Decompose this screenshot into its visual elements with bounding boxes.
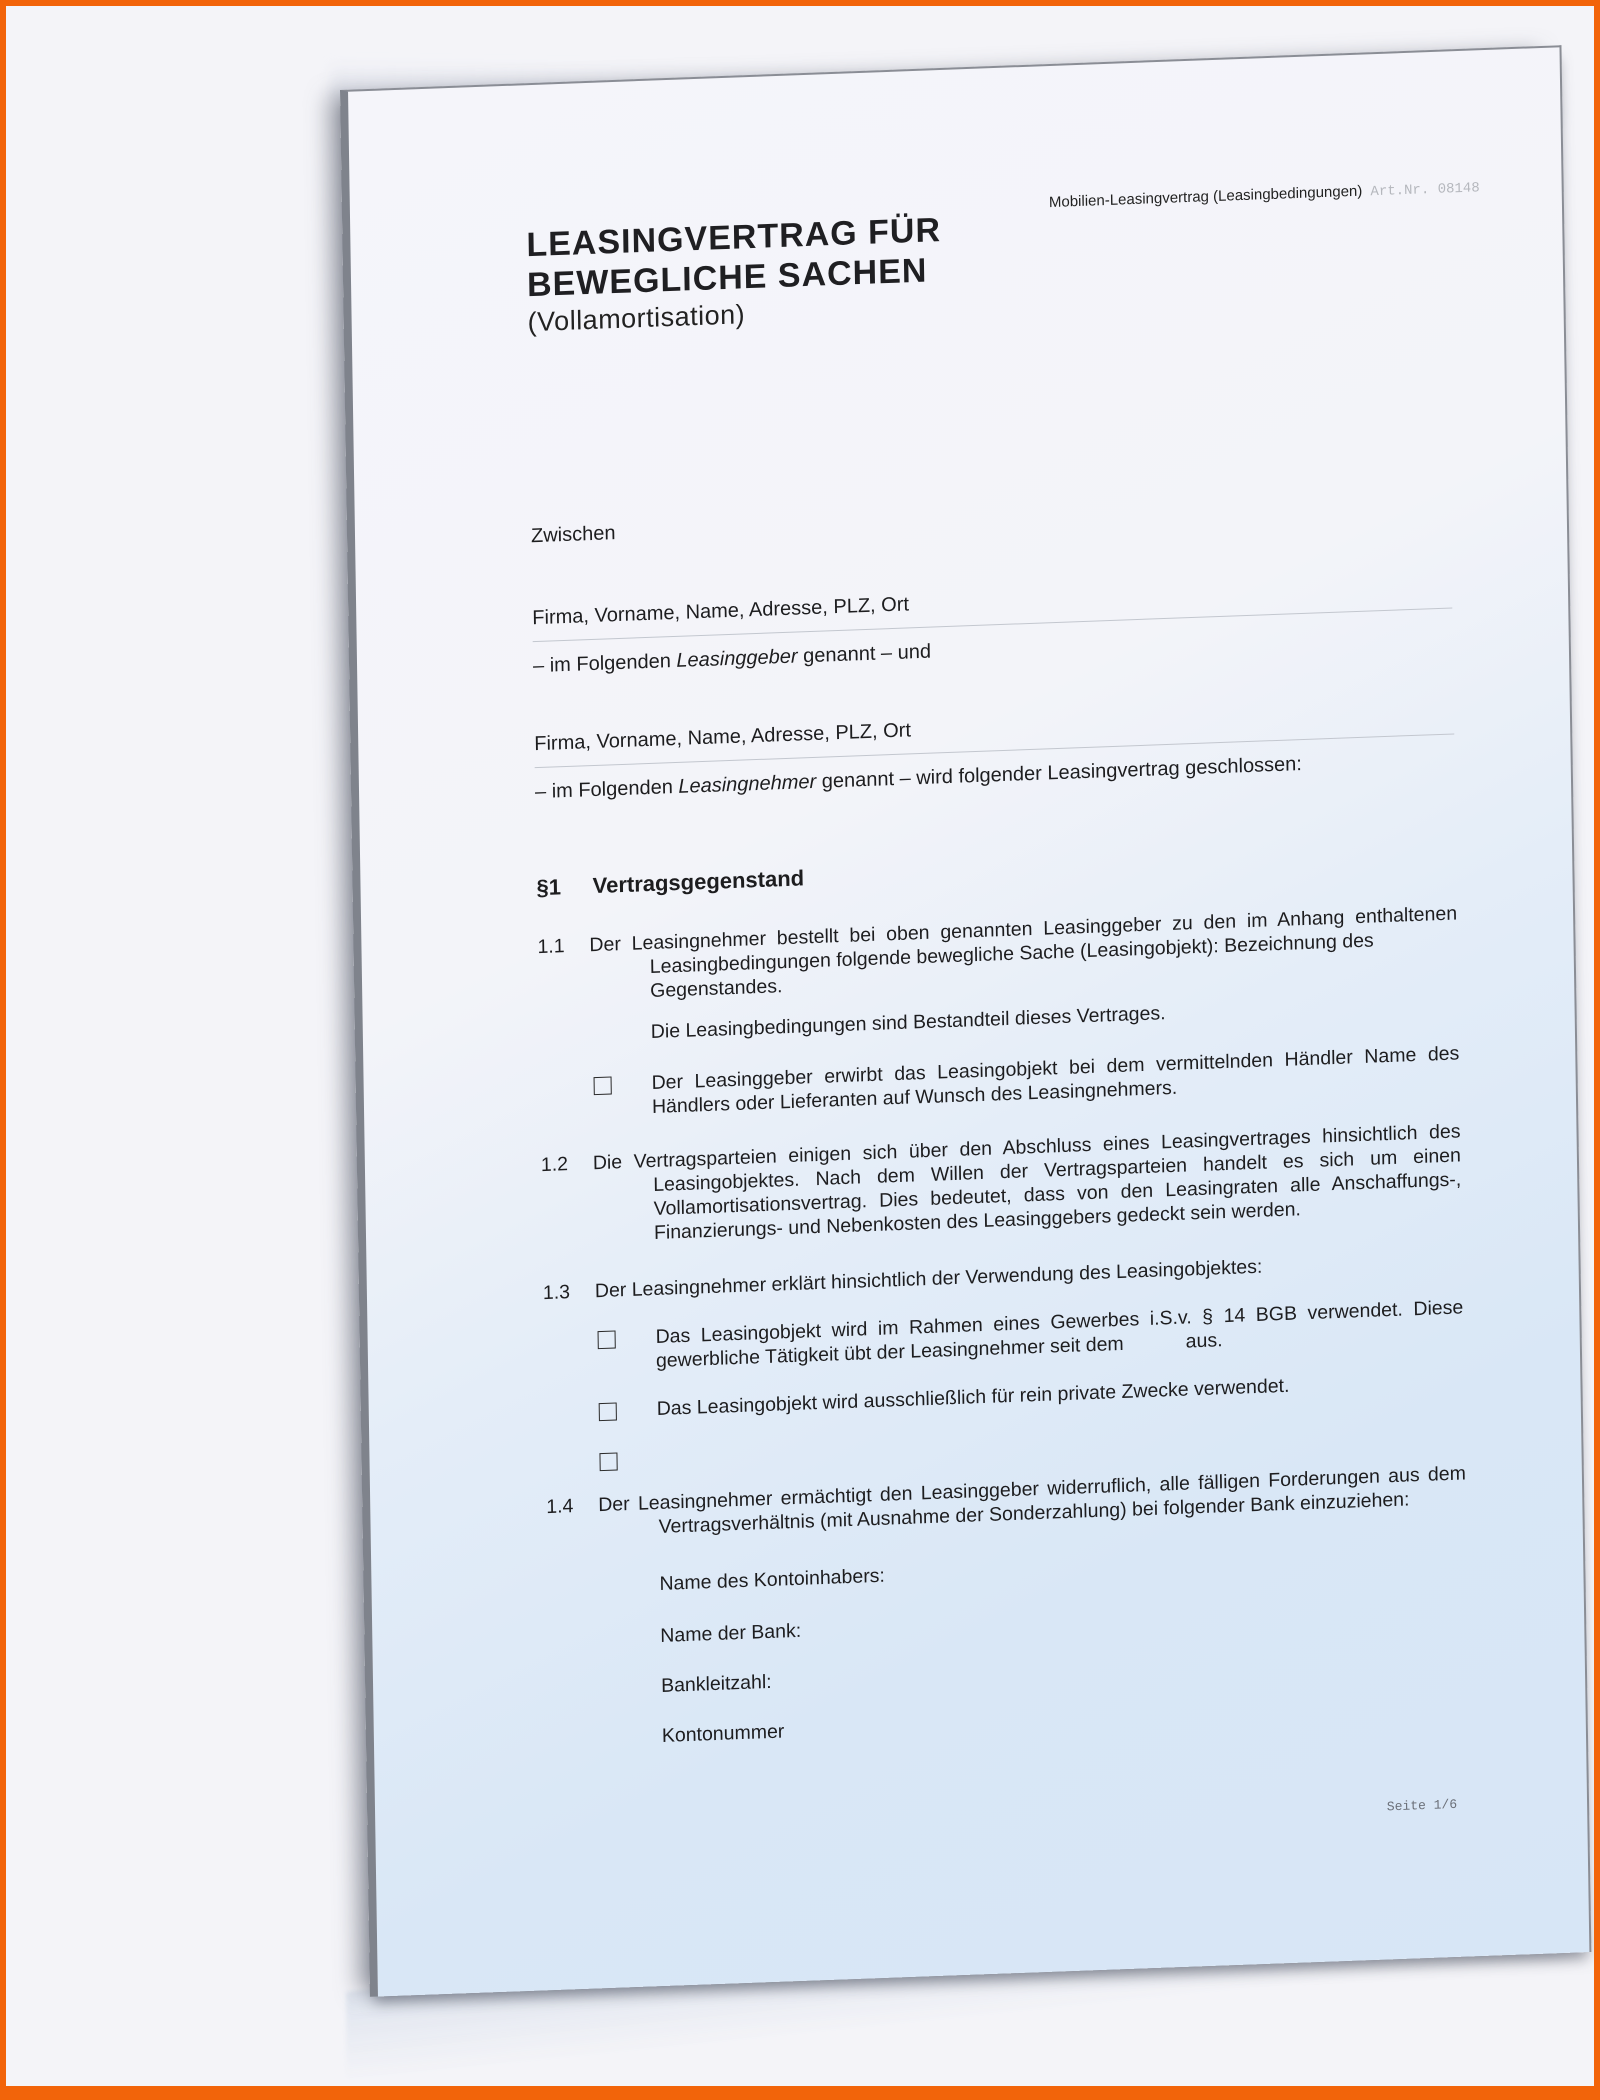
document-subtitle: (Vollamortisation) [527, 299, 745, 338]
bank-field-account-number: Kontonummer [662, 1720, 785, 1747]
clause-1-1: 1.1 Der Leasingnehmer bestellt bei oben … [537, 901, 1458, 1007]
since-date-blank[interactable] [1124, 1348, 1186, 1350]
party2-field-label: Firma, Vorname, Name, Adresse, PLZ, Ort [534, 719, 911, 756]
checkbox-option-other [599, 1417, 1465, 1449]
clause-1-1-note: Die Leasingbedingungen sind Bestandteil … [651, 1002, 1166, 1044]
clause-number: 1.2 [541, 1152, 568, 1177]
checkbox-option-dealer: Der Leasinggeber erwirbt das Leasingobje… [593, 1041, 1459, 1121]
checkbox-option-commercial: Das Leasingobjekt wird im Rahmen eines G… [597, 1295, 1463, 1375]
clause-1-4: 1.4 Der Leasingnehmer ermächtigt den Lea… [546, 1461, 1466, 1543]
clause-1-3: 1.3 Der Leasingnehmer erklärt hinsichtli… [543, 1247, 1463, 1305]
party2-role-name: Leasingnehmer [678, 771, 816, 798]
bank-field-bank-name: Name der Bank: [660, 1620, 801, 1648]
document-header: Mobilien-Leasingvertrag (Leasingbedingun… [1049, 178, 1480, 212]
bank-field-bank-code: Bankleitzahl: [661, 1671, 772, 1698]
party1-role: – im Folgenden Leasinggeber genannt – un… [533, 641, 931, 679]
between-label: Zwischen [531, 522, 616, 548]
document-page: Mobilien-Leasingvertrag (Leasingbedingun… [340, 45, 1591, 1997]
checkbox[interactable] [594, 1076, 612, 1095]
article-number: Art.Nr. 08148 [1370, 180, 1479, 200]
document-title: LEASINGVERTRAG FÜR BEWEGLICHE SACHEN [526, 210, 942, 305]
document-page-wrapper: Mobilien-Leasingvertrag (Leasingbedingun… [340, 45, 1589, 1989]
checkbox-option-private: Das Leasingobjekt wird ausschließlich fü… [599, 1367, 1465, 1423]
clause-number: 1.4 [546, 1494, 573, 1519]
clause-number: 1.3 [543, 1280, 570, 1305]
checkbox[interactable] [599, 1452, 617, 1471]
checkbox[interactable] [599, 1402, 617, 1421]
party1-role-name: Leasinggeber [676, 645, 798, 671]
clause-1-2: 1.2 Die Vertragsparteien einigen sich üb… [541, 1119, 1462, 1249]
bank-field-account-holder: Name des Kontoinhabers: [659, 1565, 885, 1596]
clause-number: 1.1 [537, 934, 564, 959]
party2-role: – im Folgenden Leasingnehmer genannt – w… [535, 753, 1302, 804]
party1-field-label: Firma, Vorname, Name, Adresse, PLZ, Ort [532, 593, 909, 630]
section-1-heading: §1 Vertragsgegenstand [536, 865, 804, 901]
page-indicator: Seite 1/6 [1387, 1797, 1457, 1815]
section-title: Vertragsgegenstand [592, 865, 804, 898]
section-number: §1 [536, 873, 586, 901]
document-type-label: Mobilien-Leasingvertrag (Leasingbedingun… [1049, 183, 1363, 211]
checkbox[interactable] [598, 1330, 616, 1349]
